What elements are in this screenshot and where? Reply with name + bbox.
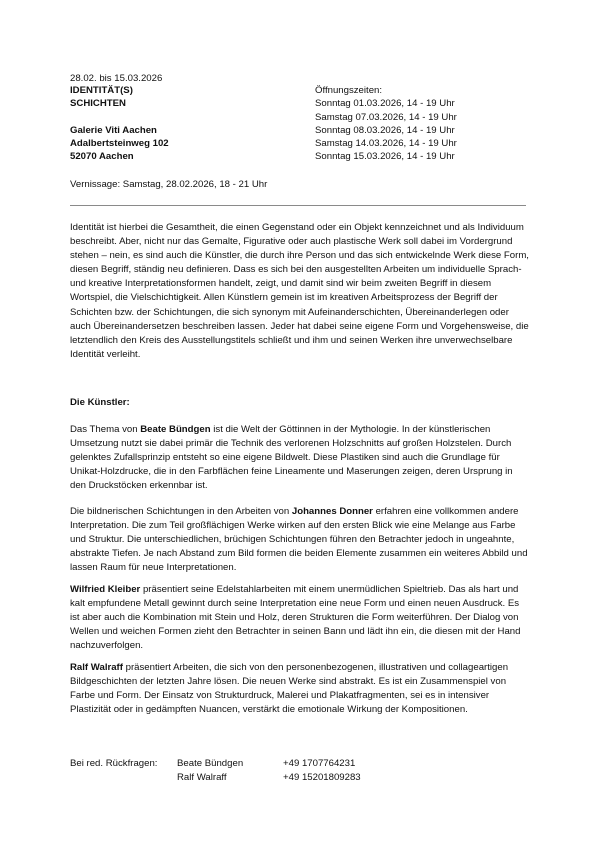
artist-text-after: präsentiert Arbeiten, die sich von den p… (70, 662, 508, 715)
venue-name: Galerie Viti Aachen (70, 124, 157, 138)
venue-city: 52070 Aachen (70, 150, 134, 164)
exhibition-title-line1: IDENTITÄT(S) (70, 84, 133, 98)
opening-hours-item: Sonntag 08.03.2026, 14 - 19 Uhr (315, 124, 455, 138)
intro-paragraph: Identität ist hierbei die Gesamtheit, di… (70, 221, 530, 362)
contact-name: Beate Bündgen (177, 757, 243, 771)
artist-name: Ralf Walraff (70, 662, 123, 673)
artist-name: Beate Bündgen (140, 424, 210, 435)
opening-hours-label: Öffnungszeiten: (315, 84, 382, 98)
artist-paragraph-kleiber: Wilfried Kleiber präsentiert seine Edels… (70, 583, 530, 653)
artist-text-before: Das Thema von (70, 424, 140, 435)
artist-paragraph-walraff: Ralf Walraff präsentiert Arbeiten, die s… (70, 661, 530, 717)
artist-paragraph-buendgen: Das Thema von Beate Bündgen ist die Welt… (70, 423, 530, 493)
opening-hours-item: Samstag 14.03.2026, 14 - 19 Uhr (315, 137, 457, 151)
press-release-page: 28.02. bis 15.03.2026 IDENTITÄT(S) SCHIC… (0, 0, 595, 841)
artist-text-before: Die bildnerischen Schichtungen in den Ar… (70, 506, 292, 517)
intro-text: Identität ist hierbei die Gesamtheit, di… (70, 221, 530, 362)
vernissage-info: Vernissage: Samstag, 28.02.2026, 18 - 21… (70, 178, 267, 192)
artist-name: Wilfried Kleiber (70, 584, 140, 595)
contact-phone: +49 15201809283 (283, 771, 361, 785)
opening-hours-item: Sonntag 01.03.2026, 14 - 19 Uhr (315, 97, 455, 111)
opening-hours-item: Samstag 07.03.2026, 14 - 19 Uhr (315, 111, 457, 125)
artists-heading: Die Künstler: (70, 396, 130, 410)
contact-label: Bei red. Rückfragen: (70, 757, 157, 771)
contact-phone: +49 1707764231 (283, 757, 355, 771)
artist-paragraph-donner: Die bildnerischen Schichtungen in den Ar… (70, 505, 530, 575)
contact-name: Ralf Walraff (177, 771, 227, 785)
artist-name: Johannes Donner (292, 506, 373, 517)
venue-street: Adalbertsteinweg 102 (70, 137, 169, 151)
horizontal-divider (70, 205, 526, 206)
exhibition-title-line2: SCHICHTEN (70, 97, 126, 111)
opening-hours-item: Sonntag 15.03.2026, 14 - 19 Uhr (315, 150, 455, 164)
